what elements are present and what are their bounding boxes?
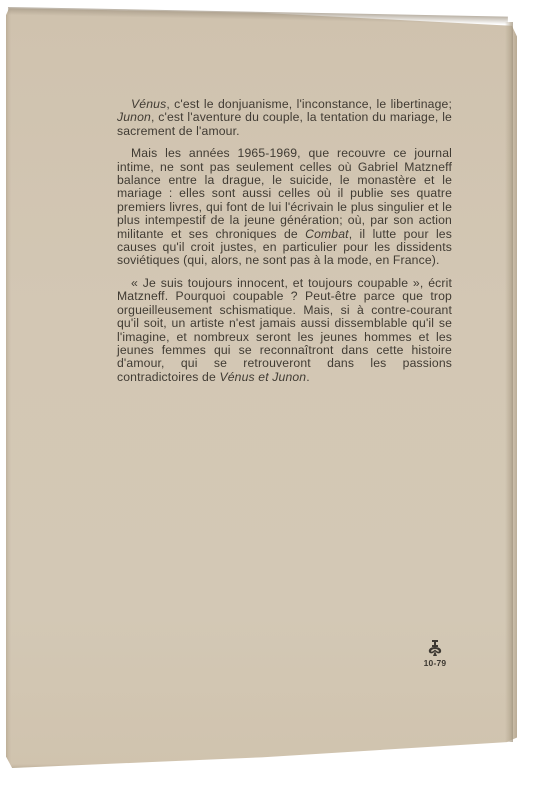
- blurb-paragraph-2: Mais les années 1965-1969, que recouvre …: [117, 147, 452, 268]
- title-junon: Junon: [117, 110, 151, 124]
- publisher-logo: 10-79: [420, 639, 450, 668]
- text-segment: « Je suis toujours innocent, et toujours…: [117, 276, 452, 384]
- title-venus-et-junon: Vénus et Junon: [219, 370, 306, 384]
- publisher-emblem-icon: [427, 639, 443, 657]
- title-combat: Combat: [305, 227, 349, 241]
- book-right-edge: [505, 22, 513, 742]
- text-segment: , c'est l'aventure du couple, la tentati…: [117, 110, 452, 137]
- blurb-paragraph-1: Vénus, c'est le donjuanisme, l'inconstan…: [117, 98, 452, 138]
- text-segment: .: [306, 370, 310, 384]
- photo-scene: Vénus, c'est le donjuanisme, l'inconstan…: [0, 0, 535, 790]
- blurb-text: Vénus, c'est le donjuanisme, l'inconstan…: [117, 98, 452, 393]
- catalog-code: 10-79: [420, 658, 450, 668]
- blurb-paragraph-3: « Je suis toujours innocent, et toujours…: [117, 277, 452, 384]
- text-segment: , c'est le donjuanisme, l'inconstance, l…: [166, 97, 452, 111]
- title-venus: Vénus: [131, 97, 166, 111]
